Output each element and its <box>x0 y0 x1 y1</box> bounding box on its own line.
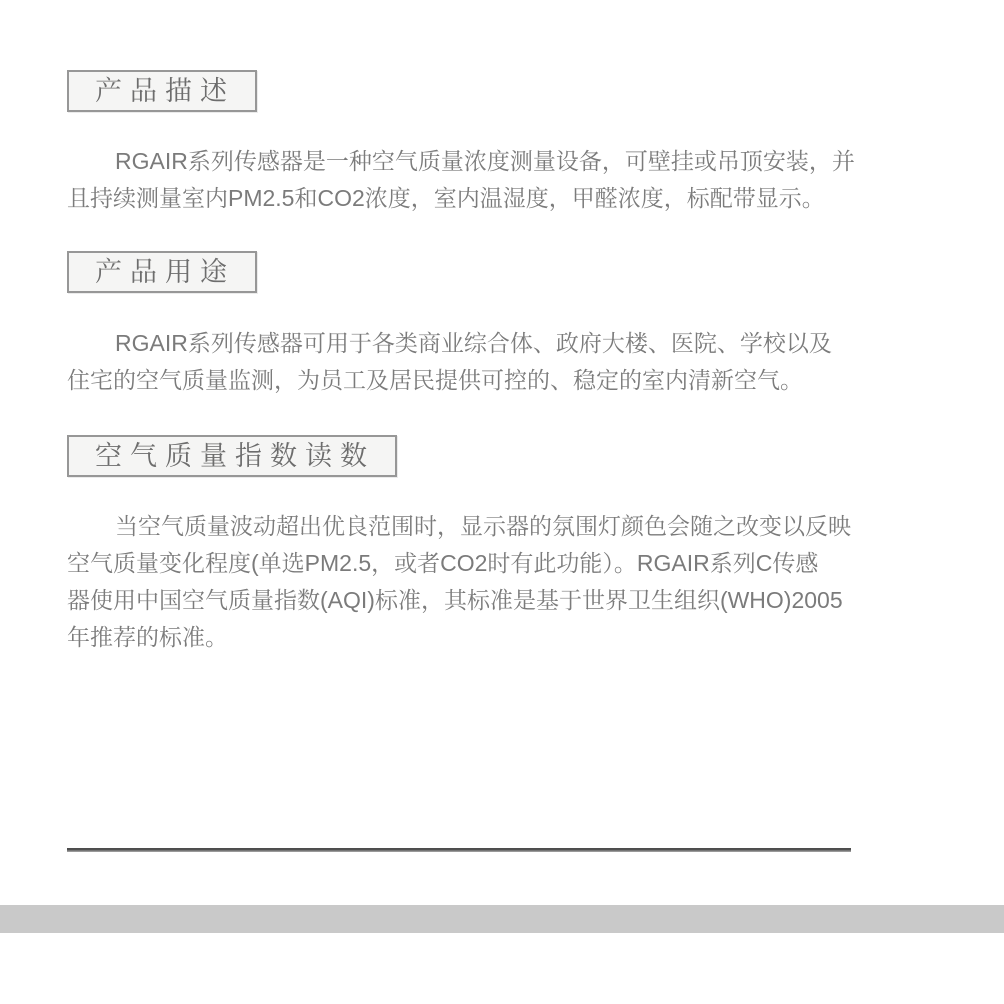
paragraph-aqi-reading: 当空气质量波动超出优良范围时，显示器的氛围灯颜色会随之改变以反映 空气质量变化程… <box>67 508 859 656</box>
section-heading-product-description: 产品描述 <box>67 70 257 112</box>
footer-page-separator-bar <box>0 905 1004 933</box>
paragraph-line: RGAIR系列传感器是一种空气质量浓度测量设备，可壁挂或吊顶安装，并 <box>67 143 859 180</box>
paragraph-line: 空气质量变化程度(单选PM2.5，或者CO2时有此功能）。RGAIR系列C传感 <box>67 545 859 582</box>
horizontal-rule <box>67 848 851 852</box>
paragraph-line: 当空气质量波动超出优良范围时，显示器的氛围灯颜色会随之改变以反映 <box>67 508 859 545</box>
paragraph-product-usage: RGAIR系列传感器可用于各类商业综合体、政府大楼、医院、学校以及 住宅的空气质… <box>67 325 859 399</box>
paragraph-line: RGAIR系列传感器可用于各类商业综合体、政府大楼、医院、学校以及 <box>67 325 859 362</box>
document-page: 产品描述 RGAIR系列传感器是一种空气质量浓度测量设备，可壁挂或吊顶安装，并 … <box>0 0 1004 1004</box>
paragraph-line: 住宅的空气质量监测，为员工及居民提供可控的、稳定的室内清新空气。 <box>67 362 859 399</box>
paragraph-line: 器使用中国空气质量指数(AQI)标准，其标准是基于世界卫生组织(WHO)2005 <box>67 582 859 619</box>
paragraph-product-description: RGAIR系列传感器是一种空气质量浓度测量设备，可壁挂或吊顶安装，并 且持续测量… <box>67 143 859 217</box>
section-heading-product-usage: 产品用途 <box>67 251 257 293</box>
section-heading-aqi-reading: 空气质量指数读数 <box>67 435 397 477</box>
paragraph-line: 且持续测量室内PM2.5和CO2浓度，室内温湿度，甲醛浓度，标配带显示。 <box>67 180 859 217</box>
paragraph-line: 年推荐的标准。 <box>67 619 859 656</box>
